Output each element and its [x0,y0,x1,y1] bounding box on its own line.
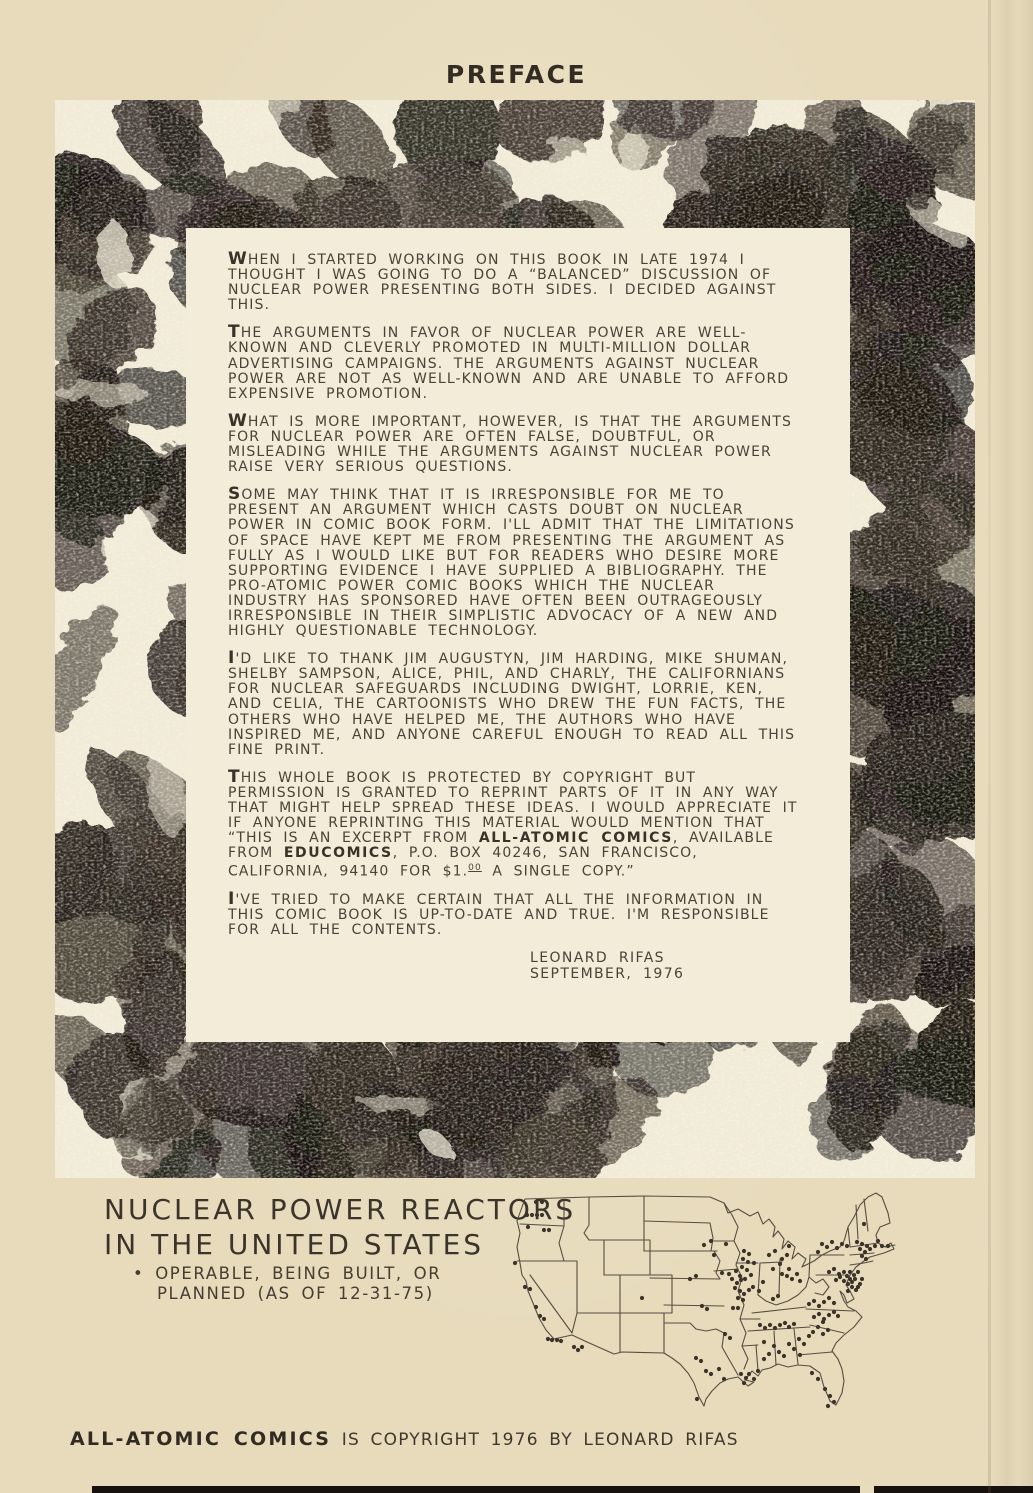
legend-dot-icon: • [133,1264,144,1283]
paragraph-text: 'VE TRIED TO MAKE CERTAIN THAT ALL THE I… [228,892,770,938]
preface-text-panel: WHEN I STARTED WORKING ON THIS BOOK IN L… [186,228,850,1042]
signature-block: LEONARD RIFAS SEPTEMBER, 1976 [228,950,822,982]
drop-cap: T [228,767,241,787]
preface-paragraph-4: SOME MAY THINK THAT IT IS IRRESPONSIBLE … [228,487,803,639]
book-title-bold: ALL-ATOMIC COMICS [479,830,673,846]
preface-paragraph-2: THE ARGUMENTS IN FAVOR OF NUCLEAR POWER … [228,325,803,401]
preface-paragraph-6: THIS WHOLE BOOK IS PROTECTED BY COPYRIGH… [228,770,803,880]
legend-text: OPERABLE, BEING BUILT, OR [155,1264,441,1283]
price-superscript: 00 [468,863,482,873]
state-borders-west [517,1196,717,1353]
us-map [492,1183,962,1423]
map-legend-line2: PLANNED (AS OF 12-31-75) [133,1284,441,1304]
signature-date: SEPTEMBER, 1976 [530,966,822,982]
paragraph-text: 'D LIKE TO THANK JIM AUGUSTYN, JIM HARDI… [228,651,795,758]
publisher-bold: EDUCOMICS [284,845,393,861]
drop-cap: W [228,249,248,269]
map-legend: • OPERABLE, BEING BUILT, OR PLANNED (AS … [133,1264,441,1304]
drop-cap: T [228,322,241,342]
signature-name: LEONARD RIFAS [530,950,822,966]
paragraph-text: OME MAY THINK THAT IT IS IRRESPONSIBLE F… [228,487,795,639]
drop-cap: S [228,484,241,504]
footer-copyright-text: IS COPYRIGHT 1976 BY LEONARD RIFAS [342,1430,739,1450]
preface-paragraph-1: WHEN I STARTED WORKING ON THIS BOOK IN L… [228,252,803,313]
map-legend-line1: • OPERABLE, BEING BUILT, OR [133,1264,441,1284]
paragraph-text: HE ARGUMENTS IN FAVOR OF NUCLEAR POWER A… [228,325,789,401]
bottom-scan-strip [92,1486,1033,1493]
paragraph-text: A SINGLE COPY.” [482,864,635,880]
comic-preface-page: PREFACE WHEN I STARTED WORKING ON THIS B… [0,0,1033,1493]
preface-paragraph-7: I'VE TRIED TO MAKE CERTAIN THAT ALL THE … [228,892,803,938]
footer-book-title: ALL-ATOMIC COMICS [70,1428,331,1450]
preface-paragraph-3: WHAT IS MORE IMPORTANT, HOWEVER, IS THAT… [228,414,803,475]
state-borders-east [748,1199,895,1371]
state-borders-central [650,1203,760,1375]
fingerprint-border: WHEN I STARTED WORKING ON THIS BOOK IN L… [55,100,975,1178]
paragraph-text: HAT IS MORE IMPORTANT, HOWEVER, IS THAT … [228,414,792,475]
preface-paragraph-5: I'D LIKE TO THANK JIM AUGUSTYN, JIM HARD… [228,651,803,758]
paragraph-text: HEN I STARTED WORKING ON THIS BOOK IN LA… [228,252,776,313]
drop-cap: W [228,411,248,431]
us-outline [517,1193,894,1406]
scan-strip-gap [860,1486,874,1493]
page-title: PREFACE [0,60,1033,89]
page-crease [988,0,991,1493]
reactor-dots [513,1200,890,1408]
footer-copyright: ALL-ATOMIC COMICS IS COPYRIGHT 1976 BY L… [70,1428,739,1450]
